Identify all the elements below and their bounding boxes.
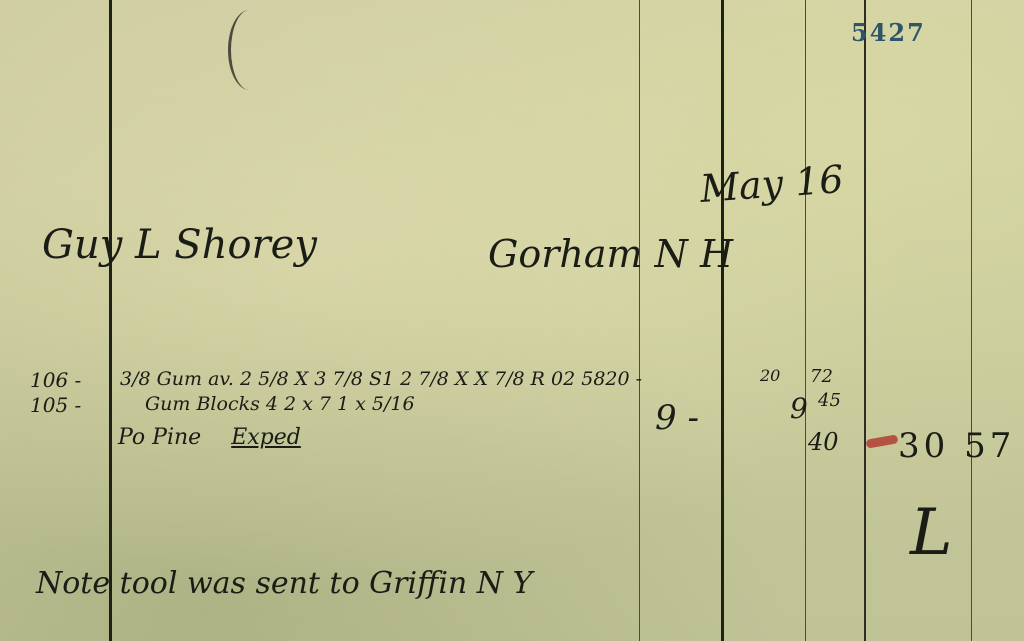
line-description-text: Po Pine	[118, 425, 201, 450]
ledger-page: 5427 Guy L Shorey Gorham N H May 16 106 …	[0, 0, 1024, 641]
ruling-line	[109, 0, 112, 641]
customer-location: Gorham N H	[488, 232, 733, 276]
ruling-line	[805, 0, 806, 641]
line-cents: 45	[818, 390, 841, 411]
line-description: Po PineExped	[118, 425, 301, 450]
line-description-note: Exped	[231, 425, 301, 450]
customer-name: Guy L Shorey	[42, 222, 317, 268]
line-description: 3/8 Gum av. 2 5/8 X 3 7/8 S1 2 7/8 X X 7…	[120, 368, 642, 390]
line-number: 106 -	[30, 368, 81, 392]
ruling-line	[639, 0, 640, 641]
total-amount: 30 57	[898, 426, 1015, 466]
line-cents: 72	[810, 366, 833, 387]
pencil-arc-mark	[228, 10, 271, 90]
ruling-line	[971, 0, 972, 641]
initial-mark: L	[910, 496, 953, 570]
line-cents: 40	[808, 428, 839, 456]
line-amount: 9	[790, 392, 808, 425]
ruling-line	[721, 0, 724, 641]
record-number-stamp: 5427	[851, 18, 926, 47]
red-pencil-mark	[865, 434, 898, 448]
line-amount: 20	[760, 366, 780, 385]
line-quantity: 9 -	[655, 398, 699, 438]
line-description: Gum Blocks 4 2 x 7 1 x 5/16	[145, 393, 415, 415]
footnote: Note tool was sent to Griffin N Y	[36, 566, 532, 601]
ruling-line	[864, 0, 866, 641]
line-number: 105 -	[30, 393, 81, 417]
entry-date: May 16	[699, 157, 845, 211]
